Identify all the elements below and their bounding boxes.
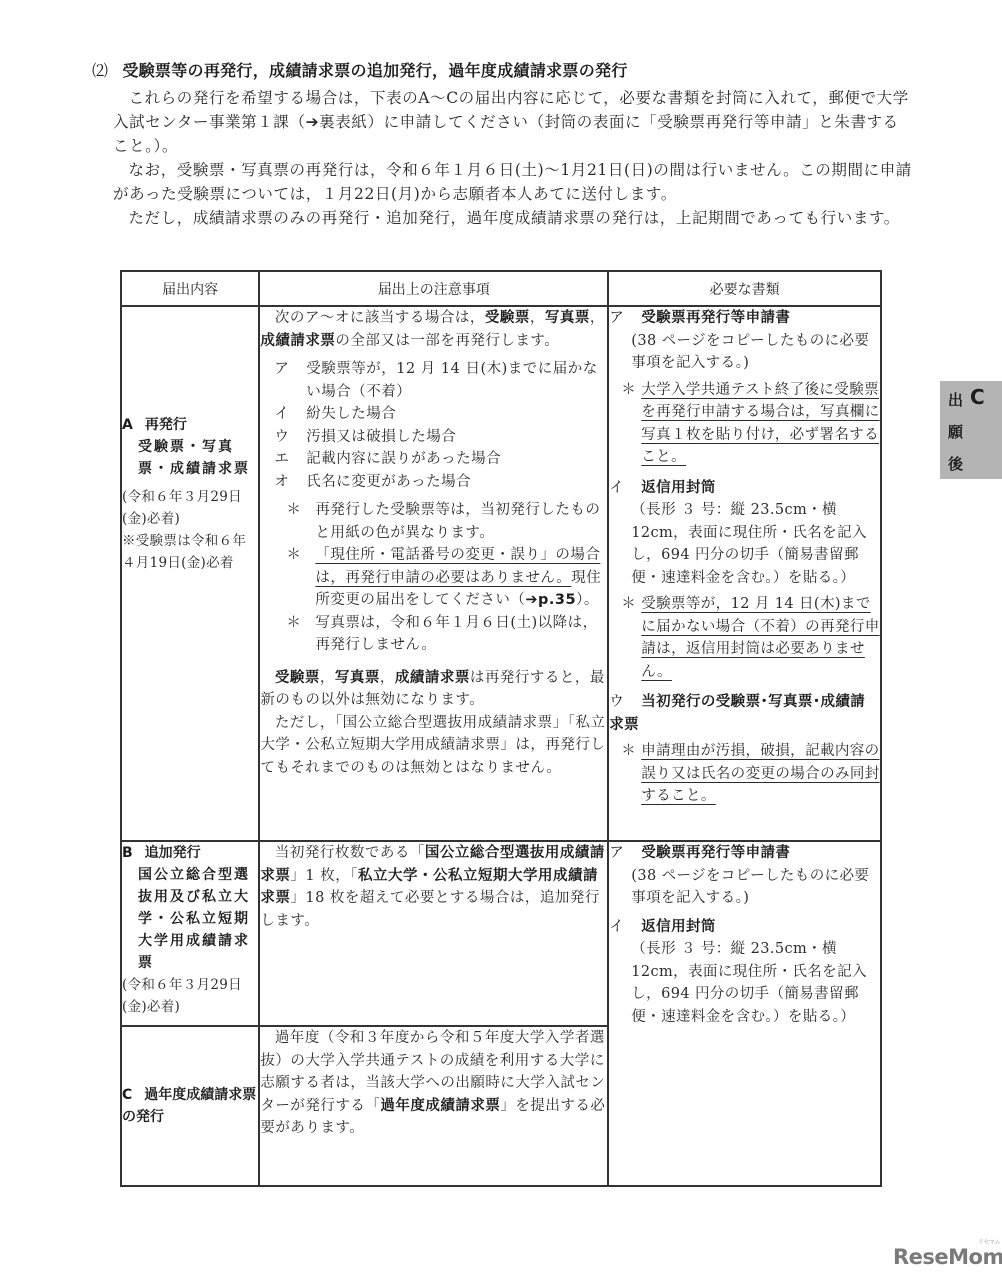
notes-cell-b: 当初発行枚数である「国公立総合型選抜用成績請求票」1 枚，「私立大学・公私立短期… xyxy=(259,841,608,1026)
notes-text: 当初発行枚数である「国公立総合型選抜用成績請求票」1 枚，「私立大学・公私立短期… xyxy=(260,842,607,932)
category-note: ※受験票は令和６年４月19日(金)必着 xyxy=(122,530,258,574)
documents-cell-a: ア受験票再発行等申請書 (38 ページをコピーしたものに必要事項を記入する。) … xyxy=(608,306,881,841)
document-item: イ返信用封筒 （長形 ３ 号：縦 23.5cm・横 12cm，表面に現住所・氏名… xyxy=(609,477,880,684)
category-title: 過年度成績請求票の発行 xyxy=(122,1087,256,1125)
side-tab-letter: C xyxy=(970,385,985,409)
header-notes: 届出上の注意事項 xyxy=(259,271,608,306)
page-reference-link: ➔p.35 xyxy=(525,592,576,608)
category-cell-a: A再発行 受験票・写真票・成績請求票 (令和６年３月29日(金)必着) ※受験票… xyxy=(121,306,259,841)
section-heading: ⑵受験票等の再発行，成績請求票の追加発行，過年度成績請求票の発行 xyxy=(92,58,628,81)
category-deadline: (令和６年３月29日(金)必着) xyxy=(122,974,258,1018)
header-content: 届出内容 xyxy=(121,271,259,306)
application-table: 届出内容 届出上の注意事項 必要な書類 A再発行 受験票・写真票・成績請求票 (… xyxy=(120,270,882,1187)
table-row-b: B追加発行 国公立総合型選抜用及び私立大学・公私立短期大学用成績請求票 (令和６… xyxy=(121,841,881,1026)
intro-paragraph: これらの発行を希望する場合は，下表のA～Cの届出内容に応じて，必要な書類を封筒に… xyxy=(113,86,913,158)
list-item: イ紛失した場合 xyxy=(274,403,607,426)
table-header-row: 届出内容 届出上の注意事項 必要な書類 xyxy=(121,271,881,306)
resemom-logo: ReseMomリセマム xyxy=(893,1245,1002,1269)
section-number: ⑵ xyxy=(92,61,108,80)
category-sub: 国公立総合型選抜用及び私立大学・公私立短期大学用成績請求票 xyxy=(122,864,258,974)
notes-closing-2: ただし，「国公立総合型選抜用成績請求票」「私立大学・公私立短期大学用成績請求票」… xyxy=(260,712,607,780)
notes-intro: 次のア～オに該当する場合は，受験票，写真票，成績請求票の全部又は一部を再発行しま… xyxy=(260,307,607,352)
category-letter: A xyxy=(122,417,133,433)
reissue-cases-list: ア受験票等が，12 月 14 日(木)までに届かない場合（不着） イ紛失した場合… xyxy=(274,358,607,493)
intro-paragraph: なお，受験票・写真票の再発行は，令和６年１月６日(土)～1月21日(日)の間は行… xyxy=(113,158,913,206)
chapter-side-tab: 出 C 願 後 xyxy=(940,381,1002,479)
category-letter: C xyxy=(122,1087,132,1103)
document-item: ウ当初発行の受験票･写真票･成績請求票 ＊ 申請理由が汚損，破損，記載内容の誤り… xyxy=(609,691,880,808)
notes-cell-c: 過年度（令和３年度から令和５年度大学入学者選抜）の大学入学共通テストの成績を利用… xyxy=(259,1026,608,1186)
intro-paragraph: ただし，成績請求票のみの再発行・追加発行，過年度成績請求票の発行は，上記期間であ… xyxy=(113,206,913,230)
asterisk-note: ＊写真票は，令和６年１月６日(土)以降は，再発行しません。 xyxy=(286,612,607,657)
side-tab-char: 願 xyxy=(948,421,963,442)
asterisk-note: ＊「現住所・電話番号の変更・誤り」の場合は，再発行申請の必要はありません。現住所… xyxy=(286,544,607,612)
category-deadline: (令和６年３月29日(金)必着) xyxy=(122,486,258,530)
category-cell-b: B追加発行 国公立総合型選抜用及び私立大学・公私立短期大学用成績請求票 (令和６… xyxy=(121,841,259,1026)
asterisk-notes: ＊再発行した受験票等は，当初発行したものと用紙の色が異なります。 ＊「現住所・電… xyxy=(286,499,607,657)
category-letter: B xyxy=(122,845,133,861)
documents-cell-bc: ア受験票再発行等申請書 (38 ページをコピーしたものに必要事項を記入する。) … xyxy=(608,841,881,1186)
category-cell-c: C過年度成績請求票の発行 xyxy=(121,1026,259,1186)
section-title: 受験票等の再発行，成績請求票の追加発行，過年度成績請求票の発行 xyxy=(122,61,627,80)
table-row-a: A再発行 受験票・写真票・成績請求票 (令和６年３月29日(金)必着) ※受験票… xyxy=(121,306,881,841)
asterisk-note: ＊再発行した受験票等は，当初発行したものと用紙の色が異なります。 xyxy=(286,499,607,544)
side-tab-char: 後 xyxy=(948,453,963,474)
document-item: イ返信用封筒 （長形 ３ 号：縦 23.5cm・横 12cm，表面に現住所・氏名… xyxy=(609,916,880,1029)
category-title: 追加発行 xyxy=(145,845,201,861)
list-item: エ記載内容に誤りがあった場合 xyxy=(274,448,607,471)
notes-closing: 受験票，写真票，成績請求票は再発行すると，最新のもの以外は無効になります。 xyxy=(260,667,607,712)
list-item: ウ汚損又は破損した場合 xyxy=(274,426,607,449)
category-title: 再発行 xyxy=(145,417,187,433)
list-item: ア受験票等が，12 月 14 日(木)までに届かない場合（不着） xyxy=(274,358,607,403)
list-item: オ氏名に変更があった場合 xyxy=(274,471,607,494)
header-documents: 必要な書類 xyxy=(608,271,881,306)
document-item: ア受験票再発行等申請書 (38 ページをコピーしたものに必要事項を記入する。) xyxy=(609,842,880,910)
notes-text: 過年度（令和３年度から令和５年度大学入学者選抜）の大学入学共通テストの成績を利用… xyxy=(260,1027,607,1140)
notes-cell-a: 次のア～オに該当する場合は，受験票，写真票，成績請求票の全部又は一部を再発行しま… xyxy=(259,306,608,841)
category-sub: 受験票・写真票・成績請求票 xyxy=(122,436,258,480)
intro-text: これらの発行を希望する場合は，下表のA～Cの届出内容に応じて，必要な書類を封筒に… xyxy=(113,86,913,230)
document-item: ア受験票再発行等申請書 (38 ページをコピーしたものに必要事項を記入する。) … xyxy=(609,307,880,469)
side-tab-char: 出 xyxy=(948,389,963,410)
